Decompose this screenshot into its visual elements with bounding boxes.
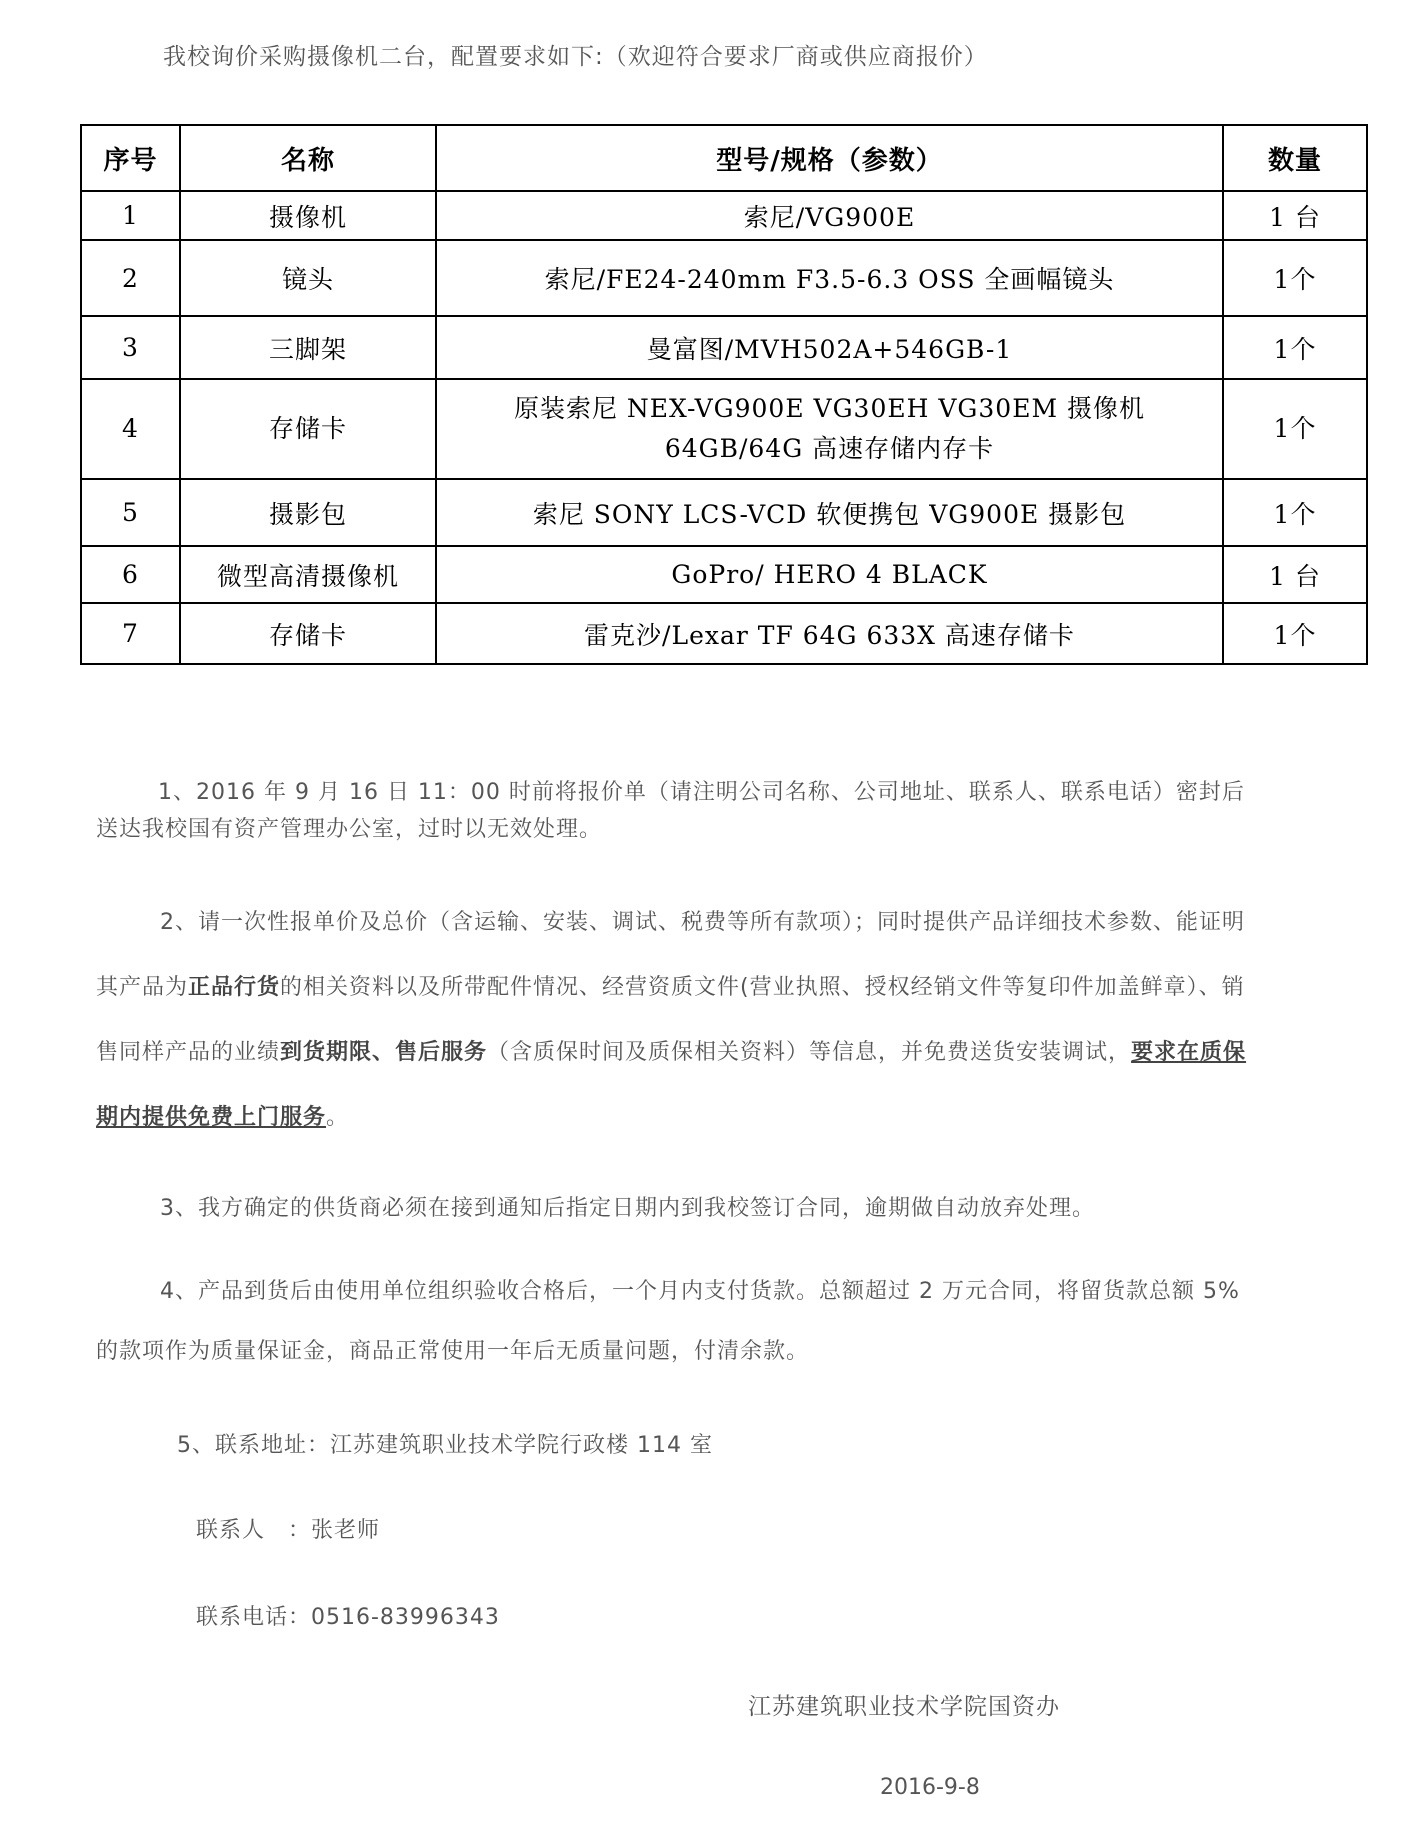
- term-2-emphasis-delivery: 到货期限、售后服务: [280, 1040, 487, 1065]
- intro-text: 我校询价采购摄像机二台，配置要求如下:（欢迎符合要求厂商或供应商报价）: [163, 42, 988, 72]
- table-row: 2 镜头 索尼/FE24-240mm F3.5-6.3 OSS 全画幅镜头 1个: [81, 240, 1367, 316]
- cell-spec: 索尼 SONY LCS-VCD 软便携包 VG900E 摄影包: [436, 479, 1223, 546]
- header-spec: 型号/规格（参数）: [436, 125, 1223, 191]
- cell-qty: 1个: [1223, 603, 1367, 664]
- cell-qty: 1 台: [1223, 191, 1367, 240]
- issue-date: 2016-9-8: [880, 1775, 980, 1800]
- procurement-table: 序号 名称 型号/规格（参数） 数量 1 摄像机 索尼/VG900E 1 台 2…: [80, 124, 1368, 665]
- cell-qty: 1个: [1223, 240, 1367, 316]
- cell-spec: 索尼/VG900E: [436, 191, 1223, 240]
- cell-no: 6: [81, 546, 180, 603]
- table-row: 6 微型高清摄像机 GoPro/ HERO 4 BLACK 1 台: [81, 546, 1367, 603]
- term-2-pricing: 2、请一次性报单价及总价（含运输、安装、调试、税费等所有款项）；同时提供产品详细…: [96, 890, 1256, 1150]
- term-2-text-g: 。: [326, 1105, 349, 1130]
- term-1-deadline: 1、2016 年 9 月 16 日 11：00 时前将报价单（请注明公司名称、公…: [96, 774, 1256, 848]
- cell-qty: 1个: [1223, 379, 1367, 479]
- cell-no: 7: [81, 603, 180, 664]
- cell-name: 摄影包: [180, 479, 436, 546]
- cell-no: 1: [81, 191, 180, 240]
- cell-spec: 原装索尼 NEX-VG900E VG30EH VG30EM 摄像机 64GB/6…: [436, 379, 1223, 479]
- term-2-text-e: （含质保时间及质保相关资料）等信息，并免费送货安装调试，: [487, 1040, 1131, 1065]
- table-row: 1 摄像机 索尼/VG900E 1 台: [81, 191, 1367, 240]
- term-2-emphasis-genuine: 正品行货: [188, 975, 280, 1000]
- header-qty: 数量: [1223, 125, 1367, 191]
- cell-no: 5: [81, 479, 180, 546]
- cell-name: 三脚架: [180, 316, 436, 379]
- cell-name: 摄像机: [180, 191, 436, 240]
- cell-name: 存储卡: [180, 603, 436, 664]
- contact-person: 联系人 ：张老师: [196, 1513, 380, 1544]
- cell-spec: 索尼/FE24-240mm F3.5-6.3 OSS 全画幅镜头: [436, 240, 1223, 316]
- table-row: 4 存储卡 原装索尼 NEX-VG900E VG30EH VG30EM 摄像机 …: [81, 379, 1367, 479]
- table-row: 5 摄影包 索尼 SONY LCS-VCD 软便携包 VG900E 摄影包 1个: [81, 479, 1367, 546]
- cell-spec: 雷克沙/Lexar TF 64G 633X 高速存储卡: [436, 603, 1223, 664]
- table-row: 7 存储卡 雷克沙/Lexar TF 64G 633X 高速存储卡 1个: [81, 603, 1367, 664]
- term-4-payment: 4、产品到货后由使用单位组织验收合格后，一个月内支付货款。总额超过 2 万元合同…: [96, 1262, 1256, 1382]
- term-3-contract: 3、我方确定的供货商必须在接到通知后指定日期内到我校签订合同，逾期做自动放弃处理…: [96, 1190, 1256, 1227]
- signature: 江苏建筑职业技术学院国资办: [748, 1688, 1060, 1721]
- cell-qty: 1 台: [1223, 546, 1367, 603]
- cell-qty: 1个: [1223, 316, 1367, 379]
- cell-name: 存储卡: [180, 379, 436, 479]
- cell-no: 4: [81, 379, 180, 479]
- header-name: 名称: [180, 125, 436, 191]
- cell-spec: GoPro/ HERO 4 BLACK: [436, 546, 1223, 603]
- cell-no: 3: [81, 316, 180, 379]
- cell-qty: 1个: [1223, 479, 1367, 546]
- cell-name: 微型高清摄像机: [180, 546, 436, 603]
- contact-phone: 联系电话：0516-83996343: [196, 1600, 500, 1631]
- header-no: 序号: [81, 125, 180, 191]
- table-row: 3 三脚架 曼富图/MVH502A+546GB-1 1个: [81, 316, 1367, 379]
- cell-spec: 曼富图/MVH502A+546GB-1: [436, 316, 1223, 379]
- table-header-row: 序号 名称 型号/规格（参数） 数量: [81, 125, 1367, 191]
- cell-name: 镜头: [180, 240, 436, 316]
- term-5-address: 5、联系地址：江苏建筑职业技术学院行政楼 114 室: [177, 1428, 713, 1459]
- cell-no: 2: [81, 240, 180, 316]
